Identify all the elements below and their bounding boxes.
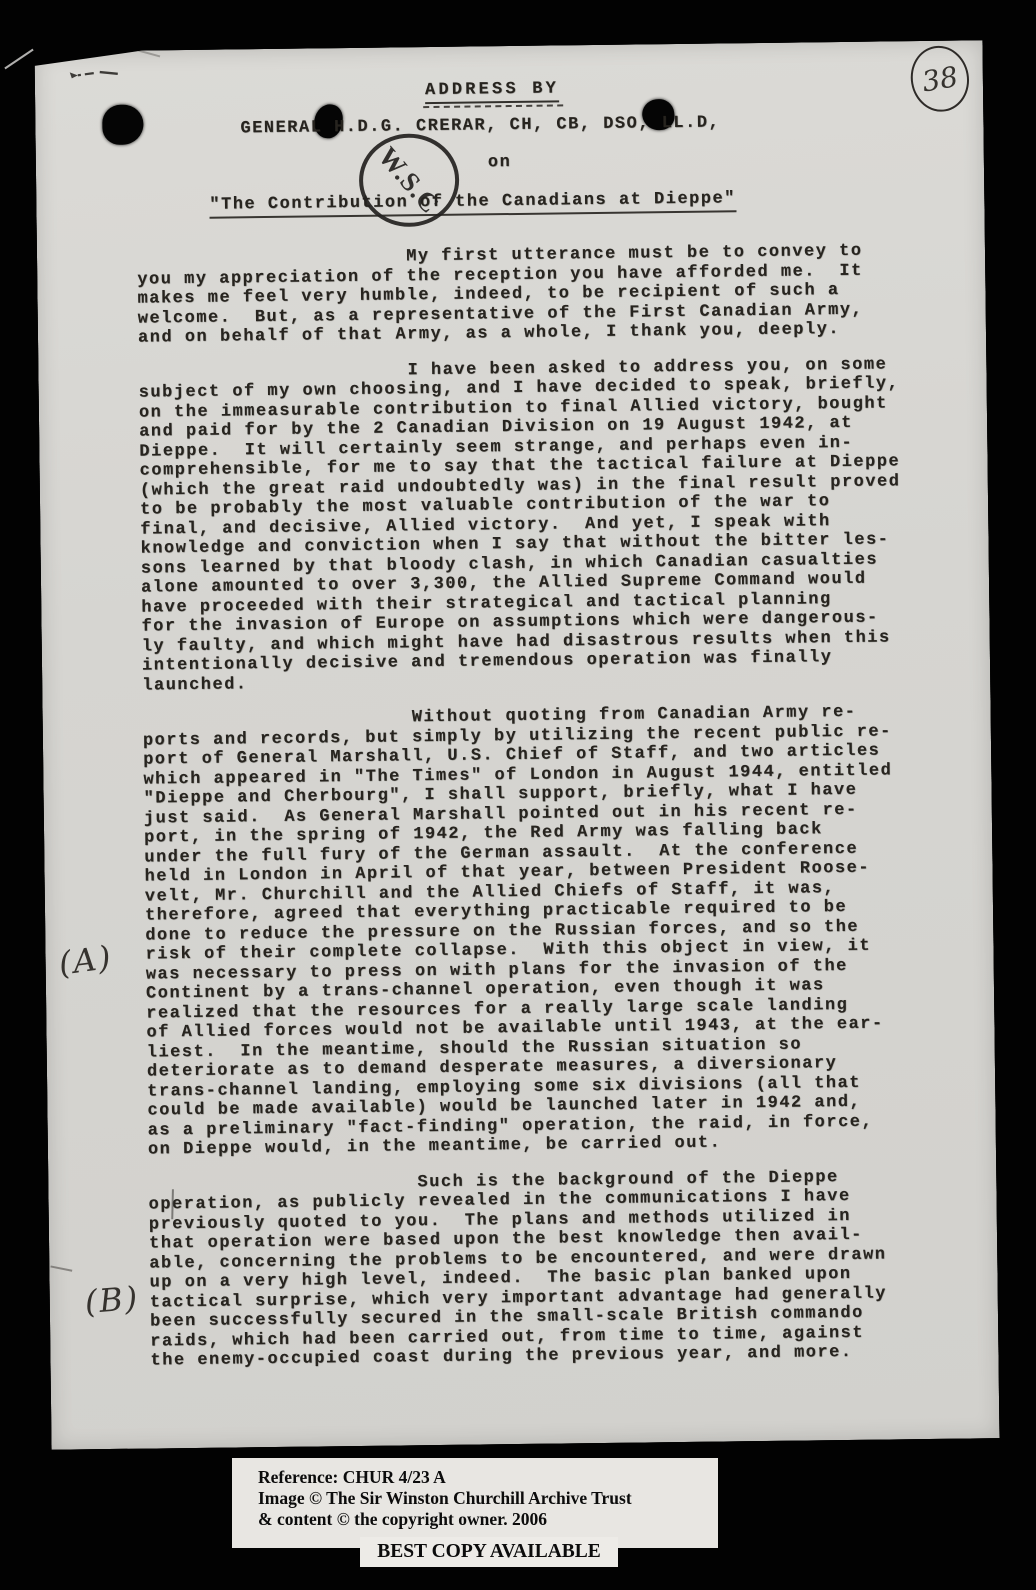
content-copyright: & content © the copyright owner. 2006 xyxy=(258,1509,718,1530)
body-paragraph-2: I have been asked to address you, on som… xyxy=(138,354,962,695)
archive-reference-box: Reference: CHUR 4/23 A Image © The Sir W… xyxy=(232,1458,718,1548)
pencil-arrow-icon xyxy=(60,65,124,86)
stamp-text: W.S.C xyxy=(372,141,445,219)
background-paper-sliver xyxy=(4,49,33,70)
wsc-stamp-icon: W.S.C xyxy=(355,131,462,230)
image-copyright: Image © The Sir Winston Churchill Archiv… xyxy=(258,1488,718,1509)
margin-annotation-b: (B) xyxy=(83,1279,140,1321)
reference-number: Reference: CHUR 4/23 A xyxy=(258,1467,718,1488)
margin-annotation-a: (A) xyxy=(56,938,115,983)
page-number: 38 xyxy=(920,60,961,99)
body-paragraph-4: Such is the background of the Dieppe ope… xyxy=(148,1166,970,1371)
document-paper: 38 ADDRESS BY GENERAL H.D.G. CRERAR, CH,… xyxy=(34,40,999,1449)
body-paragraph-3: Without quoting from Canadian Army re- p… xyxy=(143,702,968,1160)
punch-hole-left xyxy=(102,105,143,145)
corner-fold-mark xyxy=(131,48,160,58)
speaker-name: GENERAL H.D.G. CRERAR, CH, CB, DSO, LL.D… xyxy=(240,113,720,138)
document-body: My first utterance must be to convey to … xyxy=(137,241,971,1387)
document-title: "The Contribution of the Canadians at Di… xyxy=(209,189,736,218)
document-heading: ADDRESS BY xyxy=(425,79,559,104)
body-paragraph-1: My first utterance must be to convey to … xyxy=(137,241,958,349)
scanned-document-page: 38 ADDRESS BY GENERAL H.D.G. CRERAR, CH,… xyxy=(0,0,1036,1590)
edge-scratch-mark xyxy=(50,1265,72,1271)
page-number-circle: 38 xyxy=(906,41,974,116)
best-copy-banner: BEST COPY AVAILABLE xyxy=(360,1537,618,1567)
heading-on-word: on xyxy=(488,153,512,172)
